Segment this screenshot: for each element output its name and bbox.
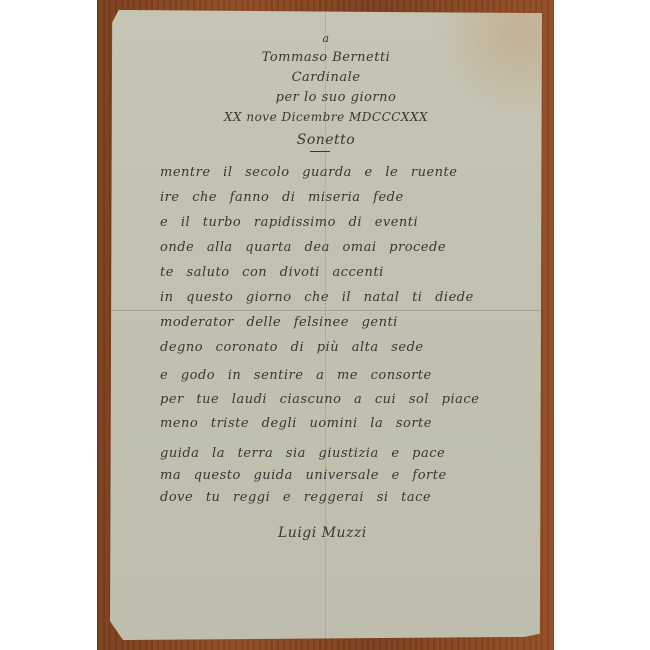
- verse-line: te saluto con divoti accenti: [160, 265, 384, 280]
- verse-line: ire che fanno di miseria fede: [160, 190, 404, 205]
- dedicatee-title: Cardinale: [110, 70, 542, 85]
- verse-line: moderator delle felsinee genti: [160, 315, 398, 330]
- verse-line: e godo in sentire a me consorte: [160, 368, 432, 383]
- dedicatee-name: Tommaso Bernetti: [110, 50, 542, 65]
- date-line: XX nove Dicembre MDCCCXXX: [110, 110, 542, 124]
- verse-line: e il turbo rapidissimo di eventi: [160, 215, 418, 230]
- manuscript-page: a Tommaso Bernetti Cardinale per lo suo …: [110, 10, 542, 640]
- fold-line-horizontal: [110, 310, 542, 311]
- verse-line: guida la terra sia giustizia e pace: [160, 446, 445, 461]
- verse-line: onde alla quarta dea omai procede: [160, 240, 446, 255]
- dedication-a: a: [110, 32, 542, 45]
- verse-line: in questo giorno che il natal ti diede: [160, 290, 474, 305]
- verse-line: mentre il secolo guarda e le ruente: [160, 165, 457, 180]
- verse-line: dove tu reggi e reggerai si tace: [160, 490, 431, 505]
- verse-line: ma questo guida universale e forte: [160, 468, 447, 483]
- signature: Luigi Muzzi: [278, 525, 367, 541]
- occasion-line: per lo suo giorno: [110, 90, 542, 105]
- verse-line: meno triste degli uomini la sorte: [160, 416, 432, 431]
- verse-line: per tue laudi ciascuno a cui sol piace: [160, 392, 479, 407]
- verse-line: degno coronato di più alta sede: [160, 340, 424, 355]
- sonnet-title: Sonetto: [110, 132, 542, 148]
- title-underline: [310, 151, 330, 152]
